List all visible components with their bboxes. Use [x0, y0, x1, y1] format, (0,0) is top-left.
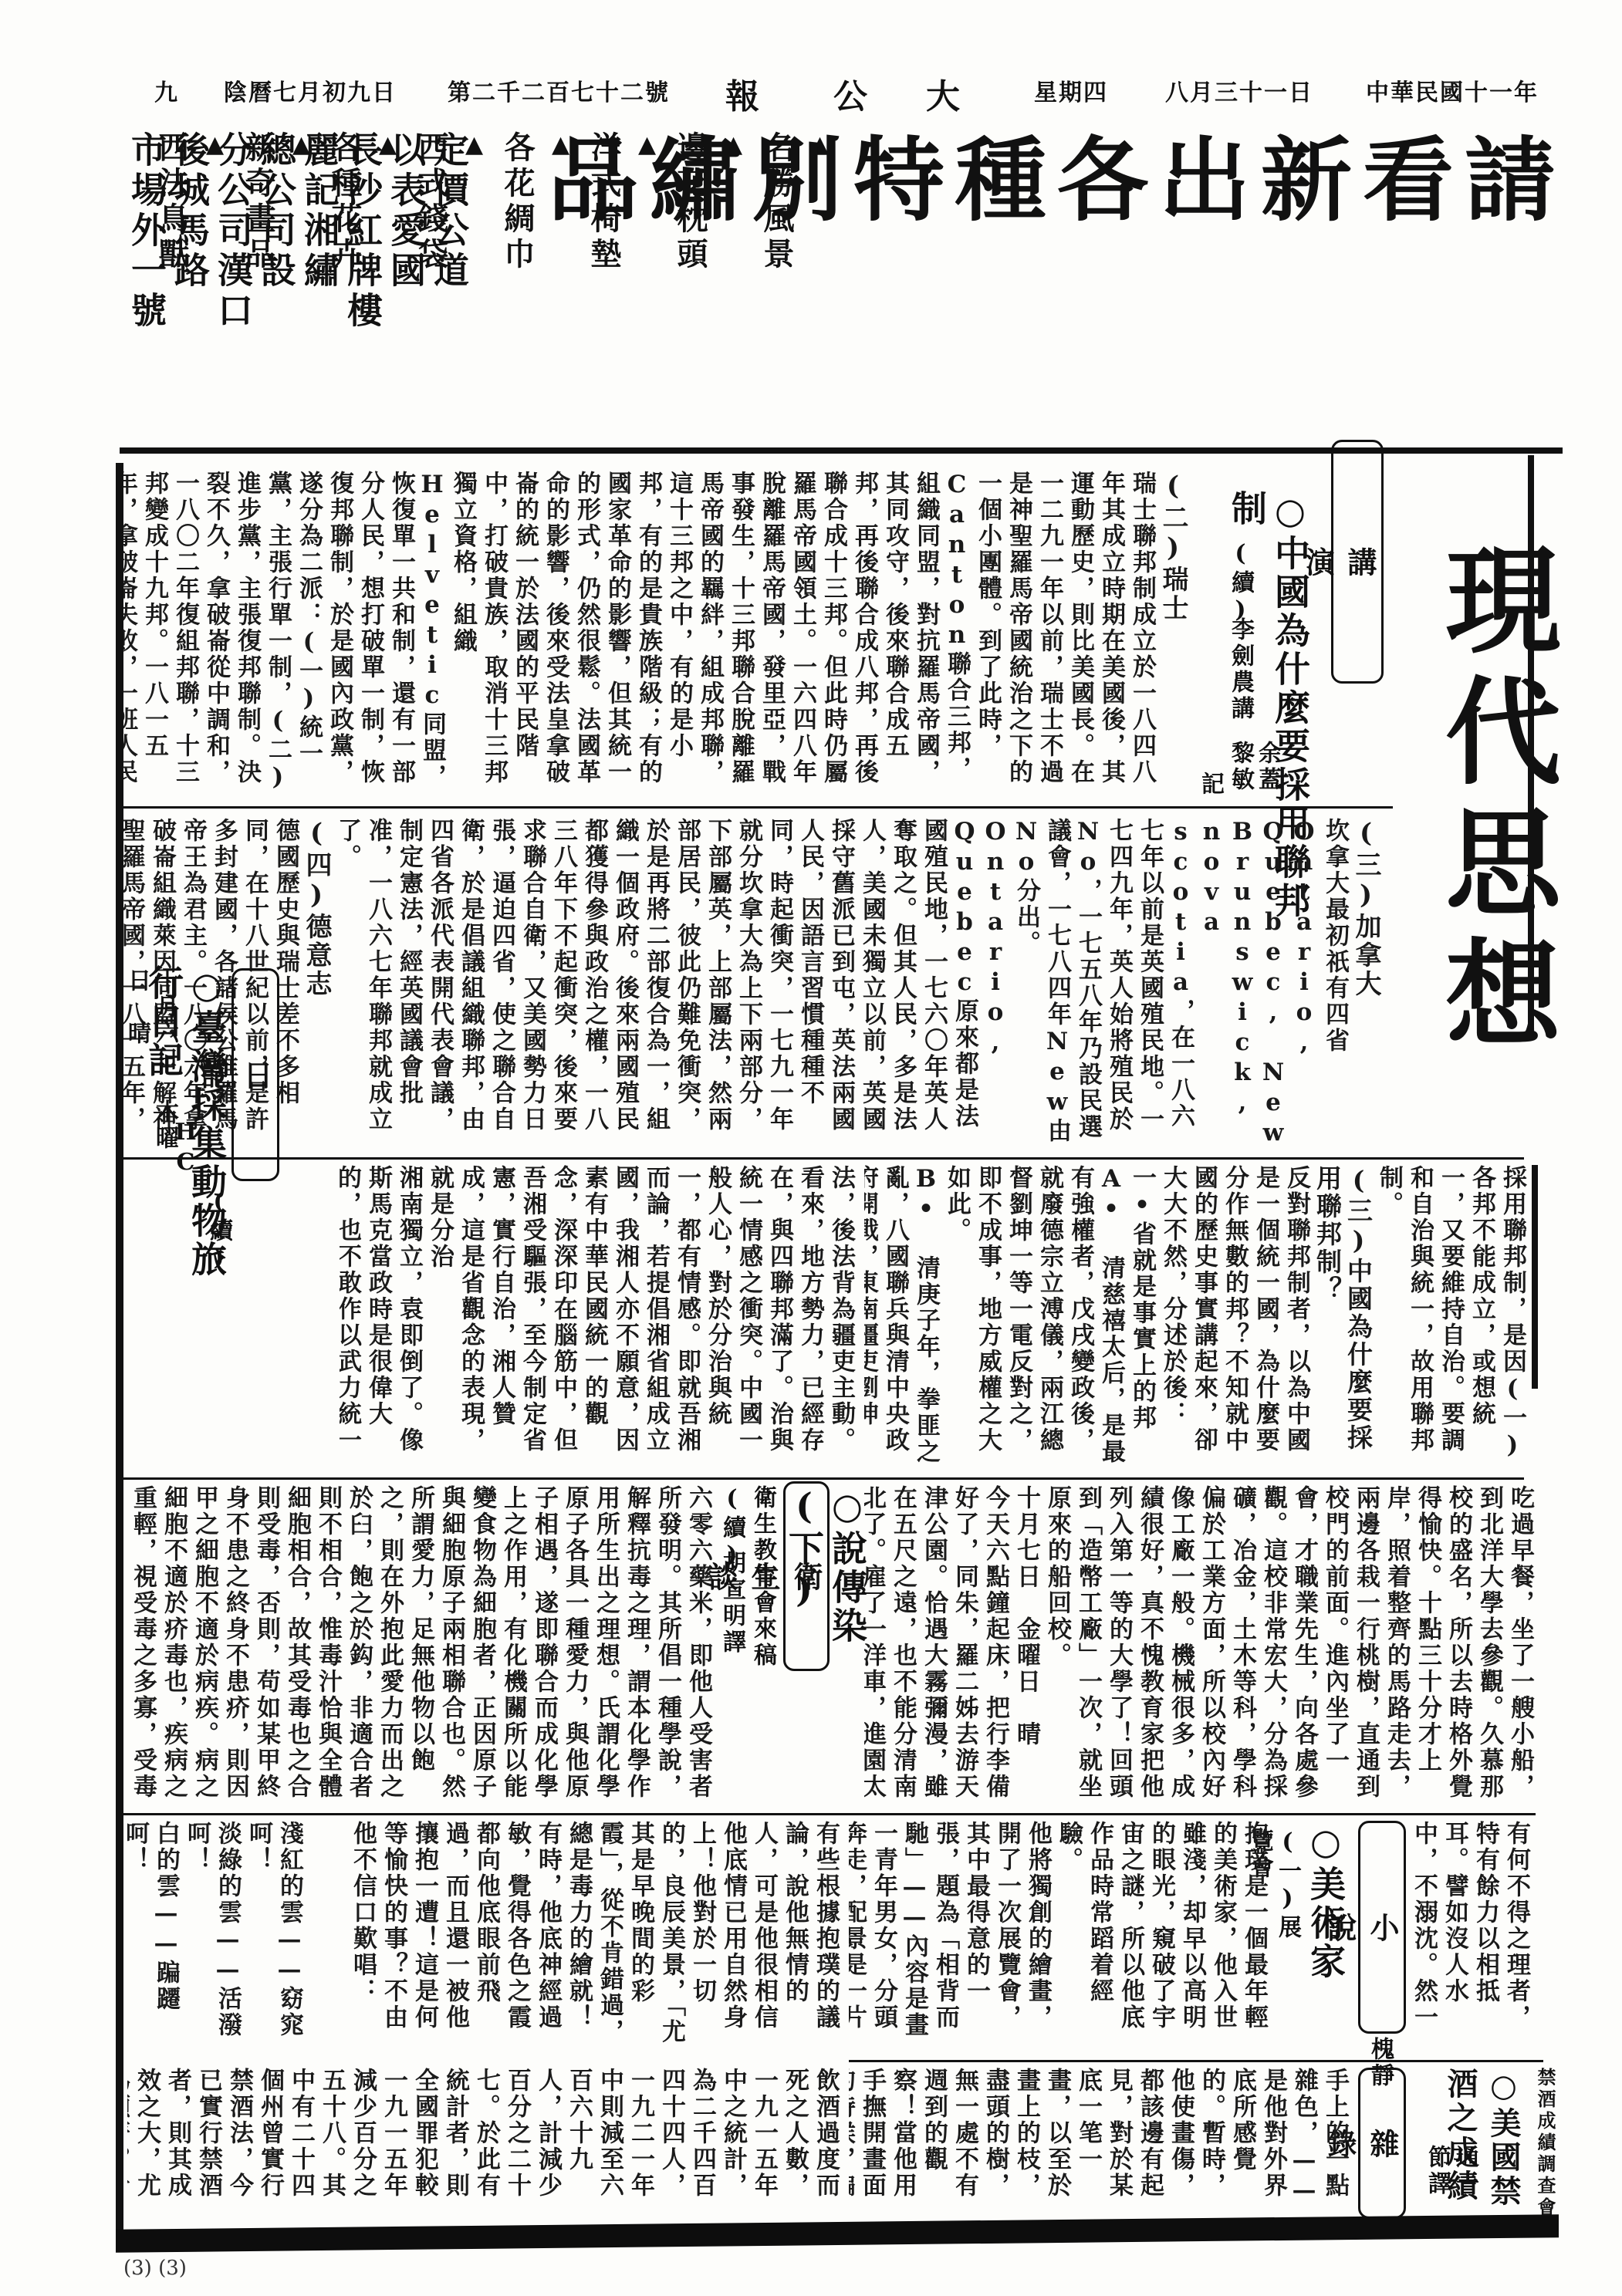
section-label-novel: 小 說 [1358, 1821, 1406, 2034]
paper-name-char-1: 大 [926, 69, 961, 118]
weekday: 星期四 [1034, 73, 1108, 107]
ad-headline: 請看新出各種特別繡品 [795, 135, 1566, 243]
lecture-speaker: 李劍農講 [1223, 617, 1254, 741]
lecture-part3-heading: (三)中國為什麼要採用聯邦制？ [1312, 1165, 1374, 1474]
lecture-end-text: 湘南獨立，袁即倒了。像斯馬克當政時是很偉大的，也不敢作以武力統一全國，因事實上是… [340, 1165, 424, 1474]
subsection-heading: (二)瑞士 [1157, 471, 1188, 795]
subsection-text: 瑞士聯邦制成立於一八四八年其成立時期在美國後，其運動歷史，則比美國長。在一二九一… [116, 471, 1157, 795]
ad-product-item: ▲新奇畫品 [236, 131, 323, 424]
lecture-point: B• 清庚子年，拳匪之亂，八國聯兵與清中央政府開戰，東南疆吏劉坤一，張之洞袁世凱… [864, 1165, 941, 1474]
divider [120, 806, 1393, 809]
divider [123, 1813, 1536, 1815]
divider [120, 1157, 1524, 1160]
right-border [1528, 455, 1534, 1026]
art-body-continued: 有些根據抱璞的議論，說他無情的人，可是他很相信他底情已用自然身上！他對於一切的，… [309, 1821, 841, 2052]
prohibition-translator: 通一節譯 [1451, 2145, 1478, 2222]
hygiene-title: ○說傳染(下) [826, 1485, 869, 1740]
ad-product-item: ▲西法鳥獸 [150, 131, 236, 424]
page-code: (3) (3) [123, 2257, 187, 2280]
hygiene-body: 六零六藥米，即他人受害者所發明。其所倡一種學說，解釋抗毒之理，謂本化學作用所生出… [127, 1485, 714, 1809]
paper-name-char-2: 公 [833, 69, 869, 118]
page-number: 九 [154, 73, 179, 107]
lecture-part3-continuation: 法，後法背為疆吏主動。看來，地方勢力，已經存在，與四聯邦滿了。治與統一情感之衝突… [340, 1165, 857, 1474]
right-border [1532, 1165, 1538, 1389]
prohibition-source: 禁酒成績調查會 [1536, 2068, 1559, 2222]
poem-line: 白的雲——蹁躚呵！ [127, 1821, 181, 2052]
newspaper-page: 九 陰曆七月初九日 第二千二百七十二號 報 公 大 星期四 八月三十一日 中華民… [0, 0, 1622, 2296]
diary-continued: (續) [204, 1188, 232, 1250]
novel-side-text: 手上的一點雜色，——是他對外界底所感覺的。暫時，他使畫傷，都該邊有起見，對於某底… [849, 2068, 1350, 2214]
left-border [116, 463, 123, 2230]
hygiene-source: 衛生教育會來稿 [748, 1485, 776, 1701]
lecture-part3-intro: 採用聯邦制，是因(一)各邦不能成立，或想統一，又要維持自治。要調和自治與統一，故… [1374, 1165, 1528, 1474]
diary-entry-text: 吃過早餐，坐了一艘小船，到北洋大學去參觀。久慕那校的盛名，所以去時格外覺得愉快。… [1042, 1485, 1536, 1817]
subsection-heading: (四)德意志 [301, 818, 332, 1150]
lecture-switzerland-body: (二)瑞士 瑞士聯邦制成立於一八四八年其成立時期在美國後，其運動歷史，則比美國長… [116, 471, 1188, 795]
art-body: 抱璞是一個最年輕的美術家，他入世雖淺，却早以高明的眼光，窺破了宇宙之謎，所以他底… [849, 1821, 1269, 2052]
lecture-point: A• 清慈禧太后，是最有強權者，戊戌變政後，就廢德宗立溥儀，兩江總督劉坤一等一電… [941, 1165, 1127, 1474]
divider [849, 2060, 1543, 2062]
poem-line: 淡綠的雲——活潑呵！ [181, 1821, 243, 2052]
lecture-recorder-suffix: 記 [1196, 772, 1224, 818]
diary-date-1: 十月六日 木曜日 晴 [150, 968, 178, 1169]
paper-name-char-3: 報 [725, 69, 761, 118]
lecture-continued: (續) [1223, 540, 1254, 602]
triangle-icon: ▲ [366, 131, 409, 424]
lecture-part3-body: 採用聯邦制，是因(一)各邦不能成立，或想統一，又要維持自治。要調和自治與統一，故… [864, 1165, 1528, 1474]
roc-date: 中華民國十一年 [1366, 73, 1539, 107]
art-title: ○美術家 [1304, 1821, 1347, 1990]
ad-product-item: ▲各種花卉 [323, 131, 409, 424]
section-label-lecture: 講 演 [1331, 440, 1384, 684]
ad-product-item: ▲西式錢袋 [409, 131, 495, 424]
issue-number: 第二千二百七十二號 [448, 73, 670, 107]
divider [120, 1477, 1524, 1480]
lunar-date: 陰曆七月初九日 [224, 73, 397, 107]
lecture-canada-germany-body: (三)加拿大 坎拿大最初祇有四省Ontario, Quebec, New Bru… [116, 818, 1381, 1150]
lecture-part3-text: 反對聯邦制者，以為中國是一個統一國，為什麼要分作無數的邦？不知就中國的歷史事實講… [1157, 1165, 1312, 1474]
diary-entries-body: 吃過早餐，坐了一艘小船，到北洋大學去參觀。久慕那校的盛名，所以去時格外覺得愉快。… [864, 1485, 1536, 1817]
novel-body: 有何不得之理者，特有餘力以相抵耳。譬如沒人水中，不溺沈。然一躍入水中，自覺餘勇可… [1408, 1821, 1532, 2044]
diary-entry-date: 十月七日 金曜日 晴 [1011, 1485, 1042, 1817]
art-poem: 淺紅的雲——窈窕呵！ 淡綠的雲——活潑呵！ 白的雲——蹁躚呵！ 赤的雲——婀娜呵… [127, 1821, 305, 2052]
diary-author: HC [176, 1119, 199, 1165]
triangle-icon: ▲ [193, 131, 236, 424]
prohibition-body: 飲酒過度而死之人數，一九一五年中之統計，為二千四百四十四人，一九二一年中則減至六… [127, 2068, 841, 2222]
gregorian-date: 八月三十一日 [1165, 73, 1313, 107]
prohibition-title: ○美國禁酒之成績 [1482, 2068, 1525, 2222]
lecture-point: 一•省就是事實上的邦 [1127, 1165, 1157, 1474]
section-label-miscellany: 雜 錄 [1358, 2068, 1406, 2219]
hygiene-continued: (續) [718, 1485, 745, 1547]
subsection-heading: (三)加拿大 [1350, 818, 1381, 1150]
hygiene-translator: 胡宣明譯 [718, 1551, 745, 1690]
art-subtitle: (一)展覽會 [1273, 1828, 1301, 1952]
poem-line: 淺紅的雲——窈窕呵！ [243, 1821, 305, 2052]
subsection-text: 坎拿大最初祇有四省Ontario, Quebec, New Brunswick,… [332, 818, 1350, 1150]
triangle-icon: ▲ [452, 131, 495, 424]
section-label-diary: 日 記 [231, 968, 279, 1181]
masthead-strip: 九 陰曆七月初九日 第二千二百七十二號 報 公 大 星期四 八月三十一日 中華民… [154, 73, 1590, 112]
triangle-icon: ▲ [279, 131, 323, 424]
diary-entry-text: 今天六點鐘起床，把行李備好了，同朱，羅二姊去游天津公園。恰遇大霧彌漫，雖在五尺之… [864, 1485, 1011, 1817]
